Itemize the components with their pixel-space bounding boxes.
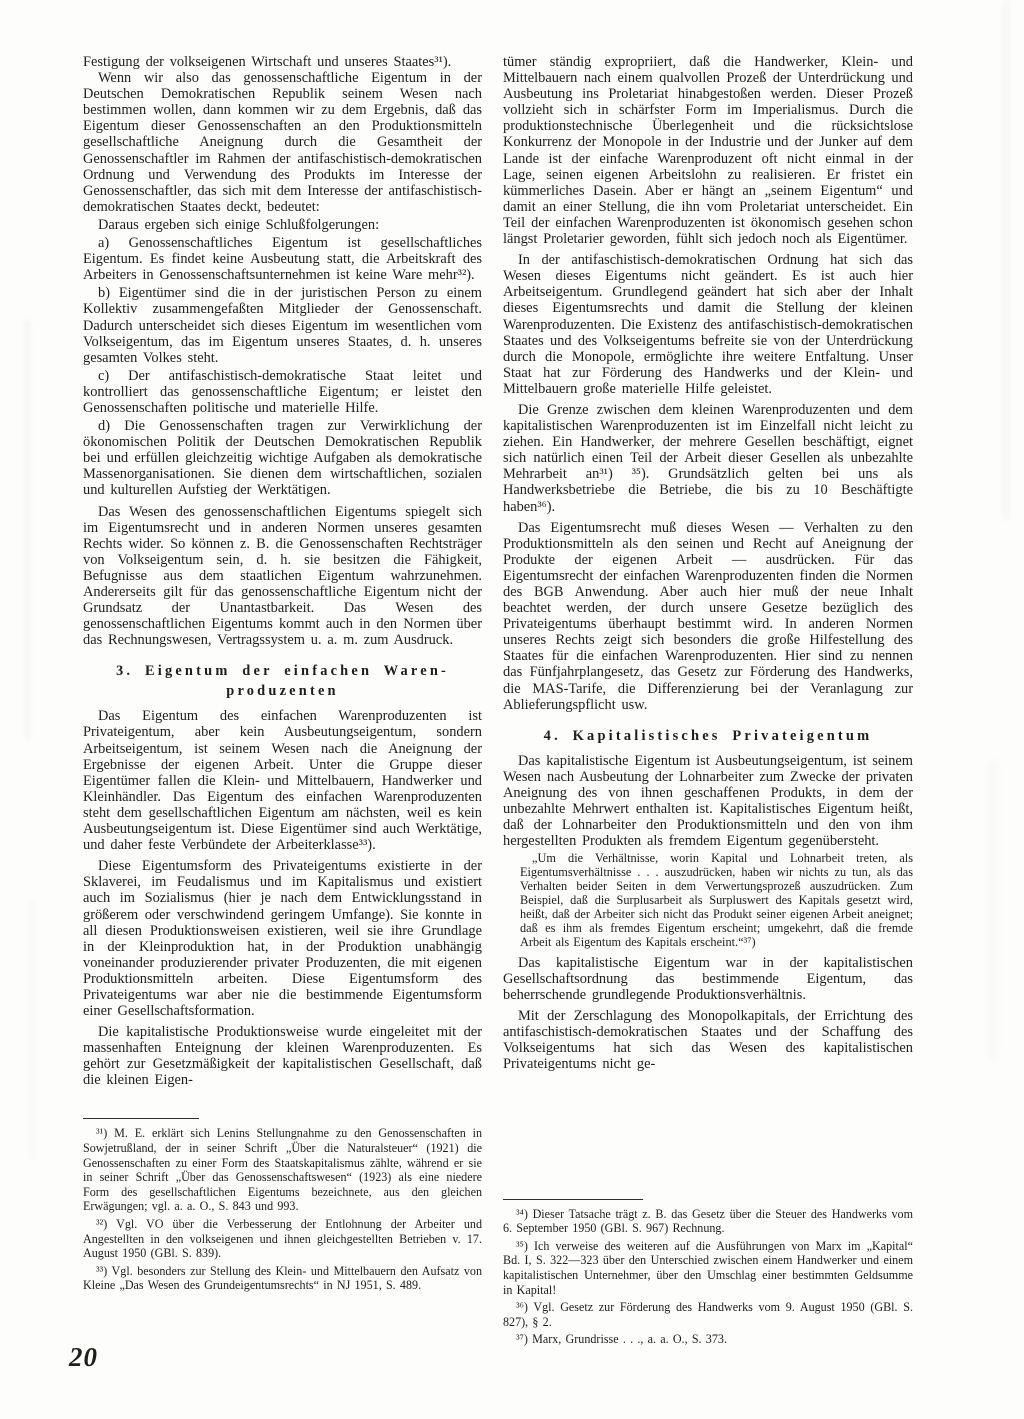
paragraph: Das kapitalistische Eigentum war in der … (503, 955, 913, 1003)
paragraph: Die Grenze zwischen dem kleinen Warenpro… (503, 402, 913, 515)
section-heading-3-line1: 3. Eigentum der einfachen Waren- (83, 661, 482, 681)
footnote-33: ³³) Vgl. besonders zur Stellung des Klei… (83, 1264, 482, 1293)
list-paragraph-a: a) Genossenschaftliches Eigentum ist ges… (83, 235, 482, 283)
list-paragraph-d: d) Die Genossenschaften tragen zur Verwi… (83, 418, 482, 498)
right-footnote-block: ³⁴) Dieser Tatsache trägt z. B. das Gese… (503, 1189, 913, 1350)
paragraph: Die kapitalistische Produktionsweise wur… (83, 1024, 482, 1088)
right-column: tümer ständig expropriiert, daß die Hand… (503, 54, 913, 1350)
scan-smudge (1002, 0, 1010, 520)
paragraph: Das Wesen des genossenschaftlichen Eigen… (83, 504, 482, 649)
paragraph: Wenn wir also das genossenschaftliche Ei… (83, 70, 482, 215)
scan-smudge (30, 900, 35, 1160)
paragraph: Das Eigentumsrecht muß dieses Wesen — Ve… (503, 520, 913, 713)
section-heading-4: 4. Kapitalistisches Privateigentum (503, 726, 913, 746)
footnote-31: ³¹) M. E. erklärt sich Lenins Stellungna… (83, 1126, 482, 1214)
section-heading-3-line2: produzenten (83, 681, 482, 701)
paragraph: Diese Eigentumsform des Privateigentums … (83, 858, 482, 1019)
left-footnote-block: ³¹) M. E. erklärt sich Lenins Stellungna… (83, 1108, 482, 1296)
section-heading-4-line1: 4. Kapitalistisches Privateigentum (503, 726, 913, 746)
section-heading-3: 3. Eigentum der einfachen Waren- produze… (83, 661, 482, 701)
footnote-separator (503, 1199, 643, 1200)
footnote-34: ³⁴) Dieser Tatsache trägt z. B. das Gese… (503, 1207, 913, 1236)
left-column: Festigung der volkseigenen Wirtschaft un… (83, 54, 482, 1296)
footnote-separator (83, 1118, 199, 1119)
scan-smudge (24, 320, 31, 740)
footnote-35: ³⁵) Ich verweise des weiteren auf die Au… (503, 1239, 913, 1297)
blockquote-marx: „Um die Verhältnisse, worin Kapital und … (520, 852, 913, 949)
paragraph: Festigung der volkseigenen Wirtschaft un… (83, 54, 482, 70)
footnote-37: ³⁷) Marx, Grundrisse . . ., a. a. O., S.… (503, 1332, 913, 1347)
footnote-32: ³²) Vgl. VO über die Verbesserung der En… (83, 1217, 482, 1261)
paragraph: Das Eigentum des einfachen Warenproduzen… (83, 708, 482, 853)
scanned-journal-page: Festigung der volkseigenen Wirtschaft un… (0, 0, 1024, 1419)
paragraph: Das kapitalistische Eigentum ist Ausbeut… (503, 753, 913, 850)
paragraph: Daraus ergeben sich einige Schlußfolgeru… (83, 217, 482, 233)
list-paragraph-c: c) Der antifaschistisch-demokratische St… (83, 368, 482, 416)
page-number: 20 (69, 1342, 98, 1373)
list-paragraph-b: b) Eigentümer sind die in der juristisch… (83, 285, 482, 365)
footnote-36: ³⁶) Vgl. Gesetz zur Förderung des Handwe… (503, 1300, 913, 1329)
paragraph: Mit der Zerschlagung des Monopolkapitals… (503, 1008, 913, 1072)
scan-smudge (988, 760, 998, 1060)
paragraph: In der antifaschistisch-demokratischen O… (503, 252, 913, 397)
paragraph: tümer ständig expropriiert, daß die Hand… (503, 54, 913, 247)
